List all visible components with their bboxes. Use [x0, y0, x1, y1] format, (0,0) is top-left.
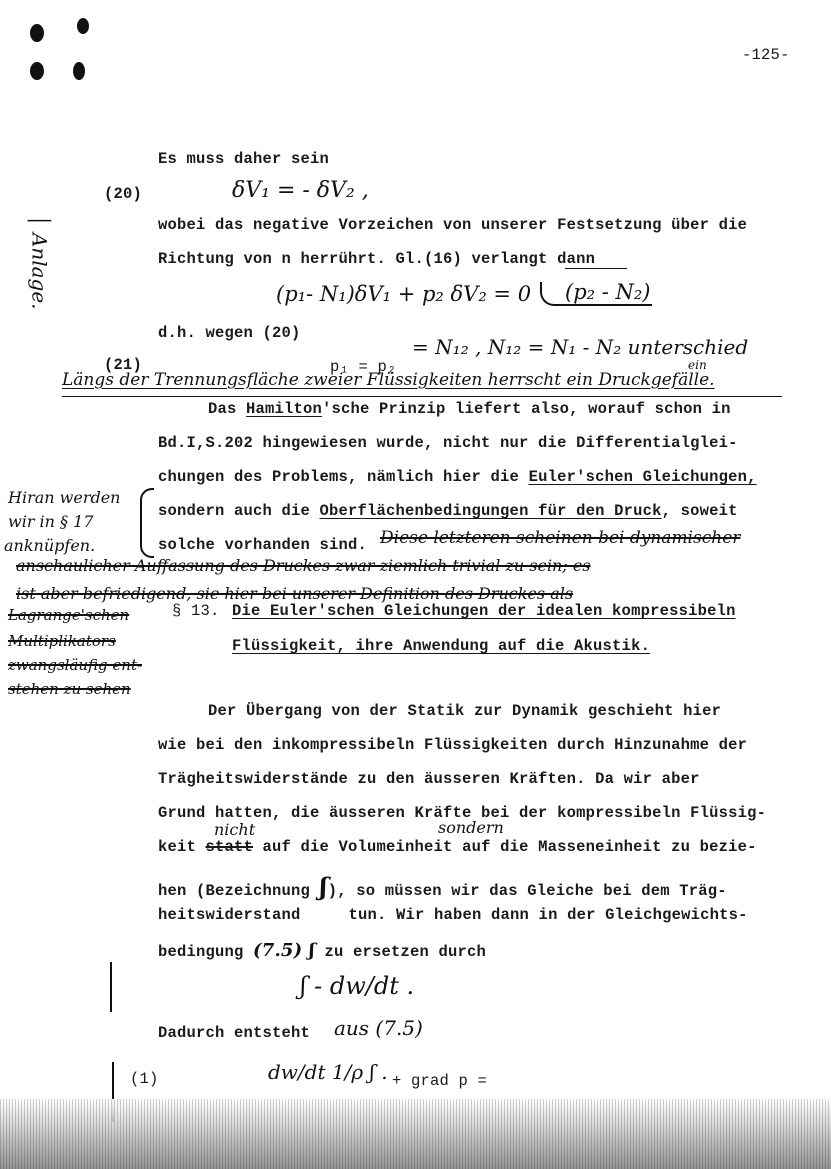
equation-1-hand: dw/dt 1/ρ ʃ . [268, 1060, 388, 1084]
struck-margin-note: Multiplikators [8, 632, 116, 650]
handwritten-ref: aus (7.5) [334, 1016, 423, 1040]
margin-line [110, 962, 112, 1012]
struck-margin-note: stehen zu sehen [8, 680, 131, 698]
text: chungen des Problems, nämlich hier die [158, 468, 529, 486]
text-line: Das Hamilton'sche Prinzip liefert also, … [208, 400, 731, 418]
text-line: d.h. wegen (20) [158, 324, 301, 342]
text-line: hen (Bezeichnung ʃ), so müssen wir das G… [158, 872, 727, 901]
text: hen (Bezeichnung [158, 882, 320, 900]
struck-margin-note: zwangsläufig ent- [8, 656, 142, 674]
text: Das [208, 400, 246, 418]
text-line: Dadurch entsteht [158, 1024, 310, 1042]
punch-hole [77, 18, 89, 34]
equation-21-hand: = N₁₂ , N₁₂ = N₁ - N₂ unterschied [412, 335, 748, 359]
handwritten-insert: nicht [214, 820, 255, 839]
punch-hole [30, 24, 44, 42]
text-line: Bd.I,S.202 hingewiesen wurde, nicht nur … [158, 434, 738, 452]
equation-label: (20) [104, 185, 142, 203]
text: 'sche Prinzip liefert also, worauf schon… [322, 400, 731, 418]
equation-label: (1) [130, 1070, 159, 1088]
text: auf die Masseneinheit zu bezie- [462, 838, 757, 856]
handwritten-insert: sondern [438, 818, 504, 837]
struck-text: anschaulicher Auffassung des Druckes zwa… [16, 556, 591, 575]
punch-hole [73, 62, 85, 80]
text-line: heitswiderstandtun. Wir haben dann in de… [158, 906, 748, 924]
scan-noise [0, 1099, 831, 1169]
text-line: Trägheitswiderstände zu den äusseren Krä… [158, 770, 700, 788]
text-line: Der Übergang von der Statik zur Dynamik … [208, 702, 721, 720]
struck-text: ist aber befriedigend, sie hier bei unse… [16, 584, 573, 603]
text: heitswiderstand [158, 906, 301, 924]
underlined-text: Oberflächenbedingungen für den Druck [320, 502, 662, 520]
handwritten-line: Längs der Trennungsfläche zweier Flüssig… [62, 370, 715, 390]
equation-1-typed: + grad p = [392, 1072, 487, 1090]
text-line: keit statt auf die Volumeinheit auf die … [158, 838, 757, 856]
equation-substitution: ʃ - dw/dt . [300, 972, 414, 1000]
text: zu ersetzen durch [315, 943, 486, 961]
underlined-text: Euler'schen Gleichungen, [529, 468, 757, 486]
equation-20: δV₁ = - δV₂ , [232, 178, 369, 203]
struck-margin-note: Lagrange'schen [8, 606, 129, 624]
text-line: chungen des Problems, nämlich hier die E… [158, 468, 757, 486]
underline [62, 396, 782, 397]
section-title: Flüssigkeit, ihre Anwendung auf die Akus… [232, 637, 650, 655]
text-line: Richtung von n herrührt. Gl.(16) verlang… [158, 250, 595, 268]
text: sondern auch die [158, 502, 320, 520]
text-line: bedingung (7.5) ʃ zu ersetzen durch [158, 940, 486, 961]
text-line: wobei das negative Vorzeichen von unsere… [158, 216, 747, 234]
struck-word: statt [206, 838, 254, 856]
handwritten-equation: (p₁- N₁)δV₁ + p₂ δV₂ = 0 [276, 282, 531, 306]
page-number: -125- [742, 46, 790, 64]
underline [565, 268, 627, 269]
text-line: wie bei den inkompressibeln Flüssigkeite… [158, 736, 747, 754]
insert-bracket [540, 282, 652, 306]
margin-note: anknüpfen. [4, 536, 95, 555]
handwritten-ref: (7.5) ʃ [253, 940, 315, 961]
margin-note: wir in § 17 [8, 512, 94, 531]
name-hamilton: Hamilton [246, 400, 322, 418]
margin-note-anlage: │ Anlage. [28, 214, 52, 309]
text: bedingung [158, 943, 253, 961]
struck-text: Diese letzteren scheinen bei dynamischer [380, 528, 740, 548]
text: , soweit [662, 502, 738, 520]
symbol-p: ʃ [320, 872, 328, 901]
punch-hole [30, 62, 44, 80]
section-number: § 13. [172, 602, 220, 620]
text: tun. Wir haben dann in der Gleichgewicht… [349, 906, 748, 924]
text-line: Es muss daher sein [158, 150, 329, 168]
text: keit [158, 838, 206, 856]
section-title: Die Euler'schen Gleichungen der idealen … [232, 602, 736, 620]
text: ), so müssen wir das Gleiche bei dem Trä… [328, 882, 727, 900]
text-line: sondern auch die Oberflächenbedingungen … [158, 502, 738, 520]
margin-bracket [140, 488, 154, 558]
text-line: solche vorhanden sind. [158, 536, 367, 554]
margin-note: Hiran werden [8, 488, 120, 507]
text: auf die Volumeinheit [253, 838, 462, 856]
